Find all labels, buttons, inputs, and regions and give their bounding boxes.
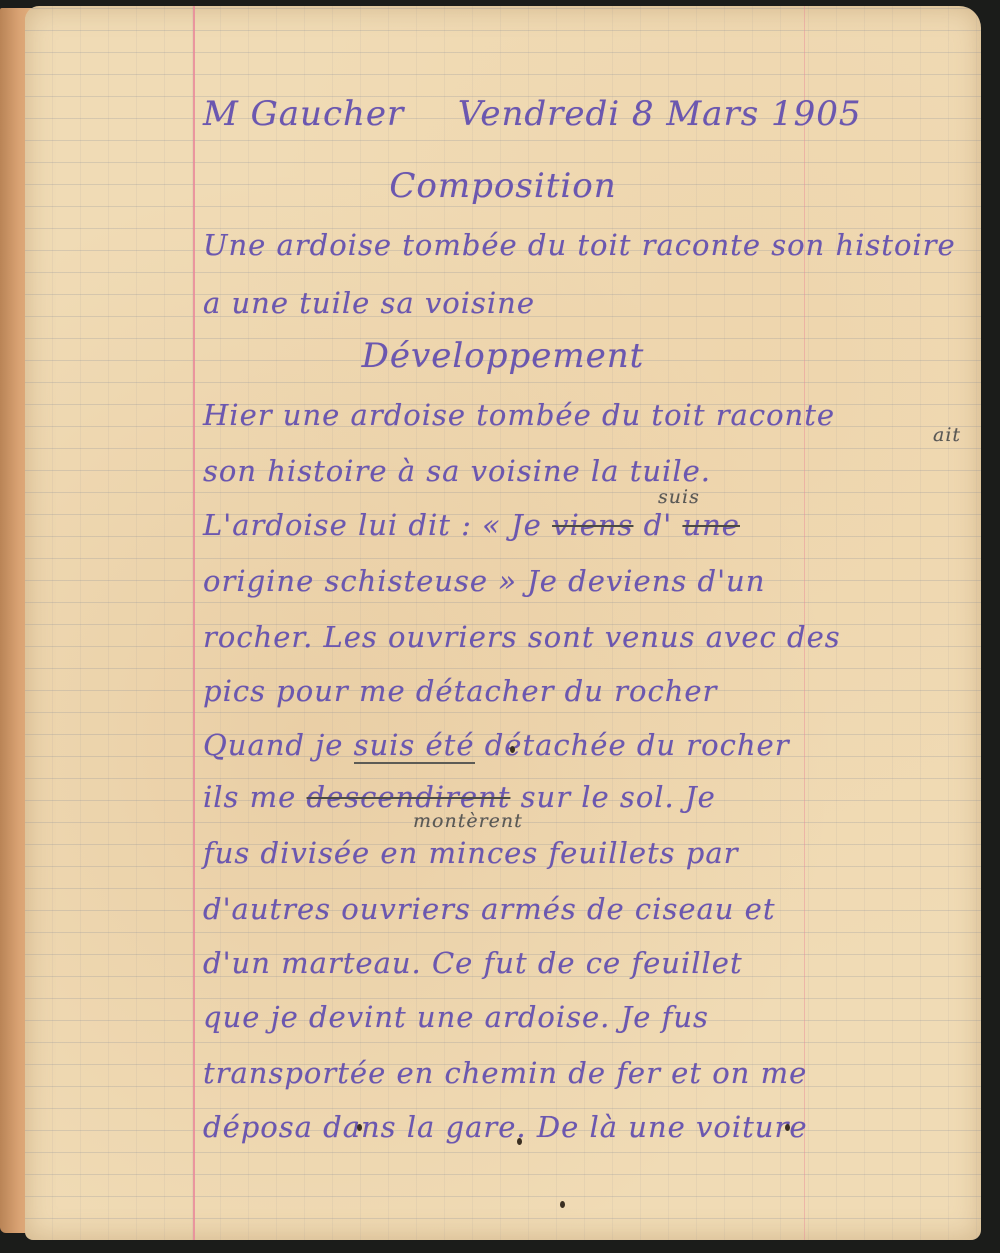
struck-word: descendirent xyxy=(307,780,511,814)
struck-word: une xyxy=(682,508,740,542)
body-line: fus divisée en minces feuillets par xyxy=(203,836,738,870)
student-name: M Gaucher xyxy=(203,94,404,134)
pencil-correction: montèrent xyxy=(413,810,523,832)
body-line: pics pour me détacher du rocher xyxy=(203,674,717,708)
pencil-correction: suis xyxy=(658,486,700,508)
body-line: origine schisteuse » Je deviens d'un xyxy=(203,564,765,598)
notebook-page: M Gaucher Vendredi 8 Mars 1905 Compositi… xyxy=(25,6,981,1240)
paper-hole xyxy=(357,1124,362,1131)
paper-hole xyxy=(517,1138,522,1145)
body-line: ils me descendirentmontèrent sur le sol.… xyxy=(203,780,716,814)
pencil-correction: ait xyxy=(933,424,961,446)
date: Vendredi 8 Mars 1905 xyxy=(458,94,862,134)
body-line: Quand je suis été détachée du rocher xyxy=(203,728,790,762)
body-line: transportée en chemin de fer et on me xyxy=(203,1056,807,1090)
paper-hole xyxy=(785,1124,790,1131)
header-line: M Gaucher Vendredi 8 Mars 1905 xyxy=(203,94,862,134)
body-line: rocher. Les ouvriers sont venus avec des xyxy=(203,620,841,654)
body-line: d'autres ouvriers armés de ciseau et xyxy=(203,892,776,926)
paper-hole xyxy=(560,1201,565,1208)
paper-hole xyxy=(510,746,515,753)
body-line: que je devint une ardoise. Je fus xyxy=(203,1000,709,1034)
subject-line-2: a une tuile sa voisine xyxy=(203,286,535,320)
page-title: Composition xyxy=(25,166,981,206)
underlined-phrase: suis été xyxy=(354,728,475,764)
section-title: Développement xyxy=(25,336,981,376)
body-line: déposa dans la gare. De là une voiture xyxy=(203,1110,808,1144)
body-line: d'un marteau. Ce fut de ce feuillet xyxy=(203,946,743,980)
body-line: Hier une ardoise tombée du toit raconte … xyxy=(203,398,835,432)
body-line: L'ardoise lui dit : « Je vienssuis d' un… xyxy=(203,508,740,542)
subject-line-1: Une ardoise tombée du toit raconte son h… xyxy=(203,228,956,262)
body-line: son histoire à sa voisine la tuile. xyxy=(203,454,711,488)
struck-word: viens xyxy=(552,508,633,542)
